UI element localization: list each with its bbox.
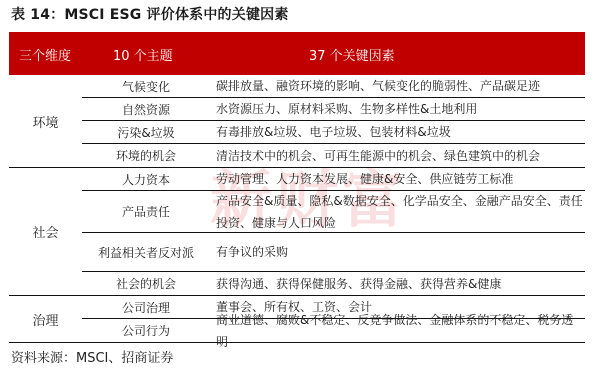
- theme-cell: 产品责任: [82, 191, 210, 232]
- table-row: 人力资本 劳动管理、人力资本发展、健康&安全、供应链劳工标准: [82, 168, 585, 191]
- header-dimensions: 三个维度: [19, 45, 71, 64]
- table-header: 三个维度 10 个主题 37 个关键因素: [9, 32, 585, 75]
- theme-cell: 公司行为: [82, 319, 210, 342]
- dimension-label: 治理: [9, 296, 82, 342]
- factors-cell: 获得沟通、获得保健服务、获得金融、获得营养&健康: [210, 272, 585, 295]
- table-row: 社会的机会 获得沟通、获得保健服务、获得金融、获得营养&健康: [82, 272, 585, 295]
- group-environment: 环境 气候变化 碳排放量、融资环境的影响、气候变化的脆弱性、产品碳足迹 自然资源…: [9, 75, 585, 168]
- theme-cell: 公司治理: [82, 296, 210, 318]
- factors-cell: 清洁技术中的机会、可再生能源中的机会、绿色建筑中的机会: [210, 144, 585, 167]
- factors-cell: 产品安全&质量、隐私&数据安全、化学品安全、金融产品安全、责任投资、健康与人口风…: [210, 191, 585, 232]
- table-row: 自然资源 水资源压力、原材料采购、生物多样性&土地利用: [82, 98, 585, 121]
- header-factors: 37 个关键因素: [309, 45, 395, 64]
- dimension-label: 社会: [9, 168, 82, 295]
- theme-cell: 利益相关者反对派: [82, 233, 210, 271]
- factors-cell: 有争议的采购: [210, 233, 585, 271]
- header-themes: 10 个主题: [113, 45, 173, 64]
- theme-cell: 自然资源: [82, 98, 210, 120]
- theme-cell: 环境的机会: [82, 144, 210, 167]
- table-row: 污染&垃圾 有毒排放&垃圾、电子垃圾、包装材料&垃圾: [82, 121, 585, 144]
- theme-cell: 污染&垃圾: [82, 121, 210, 143]
- group-governance: 治理 公司治理 董事会、所有权、工资、会计 公司行为 商业道德、腐败&不稳定、反…: [9, 296, 585, 343]
- table-row: 环境的机会 清洁技术中的机会、可再生能源中的机会、绿色建筑中的机会: [82, 144, 585, 167]
- factors-cell: 劳动管理、人力资本发展、健康&安全、供应链劳工标准: [210, 168, 585, 190]
- theme-cell: 人力资本: [82, 168, 210, 190]
- factors-cell: 水资源压力、原材料采购、生物多样性&土地利用: [210, 98, 585, 120]
- table-row: 气候变化 碳排放量、融资环境的影响、气候变化的脆弱性、产品碳足迹: [82, 75, 585, 98]
- table-row: 产品责任 产品安全&质量、隐私&数据安全、化学品安全、金融产品安全、责任投资、健…: [82, 191, 585, 233]
- factors-cell: 商业道德、腐败&不稳定、反竞争做法、金融体系的不稳定、税务透明: [210, 319, 585, 342]
- source-note: 资料来源：MSCI、招商证券: [11, 347, 173, 366]
- factors-cell: 碳排放量、融资环境的影响、气候变化的脆弱性、产品碳足迹: [210, 75, 585, 97]
- theme-cell: 社会的机会: [82, 272, 210, 295]
- table-row: 利益相关者反对派 有争议的采购: [82, 233, 585, 272]
- factors-cell: 有毒排放&垃圾、电子垃圾、包装材料&垃圾: [210, 121, 585, 143]
- dimension-label: 环境: [9, 75, 82, 167]
- group-social: 社会 人力资本 劳动管理、人力资本发展、健康&安全、供应链劳工标准 产品责任 产…: [9, 168, 585, 296]
- theme-cell: 气候变化: [82, 75, 210, 97]
- table-title: 表 14：MSCI ESG 评价体系中的关键因素: [11, 4, 289, 24]
- esg-factors-table: 三个维度 10 个主题 37 个关键因素 环境 气候变化 碳排放量、融资环境的影…: [9, 32, 585, 343]
- table-row: 公司行为 商业道德、腐败&不稳定、反竞争做法、金融体系的不稳定、税务透明: [82, 319, 585, 342]
